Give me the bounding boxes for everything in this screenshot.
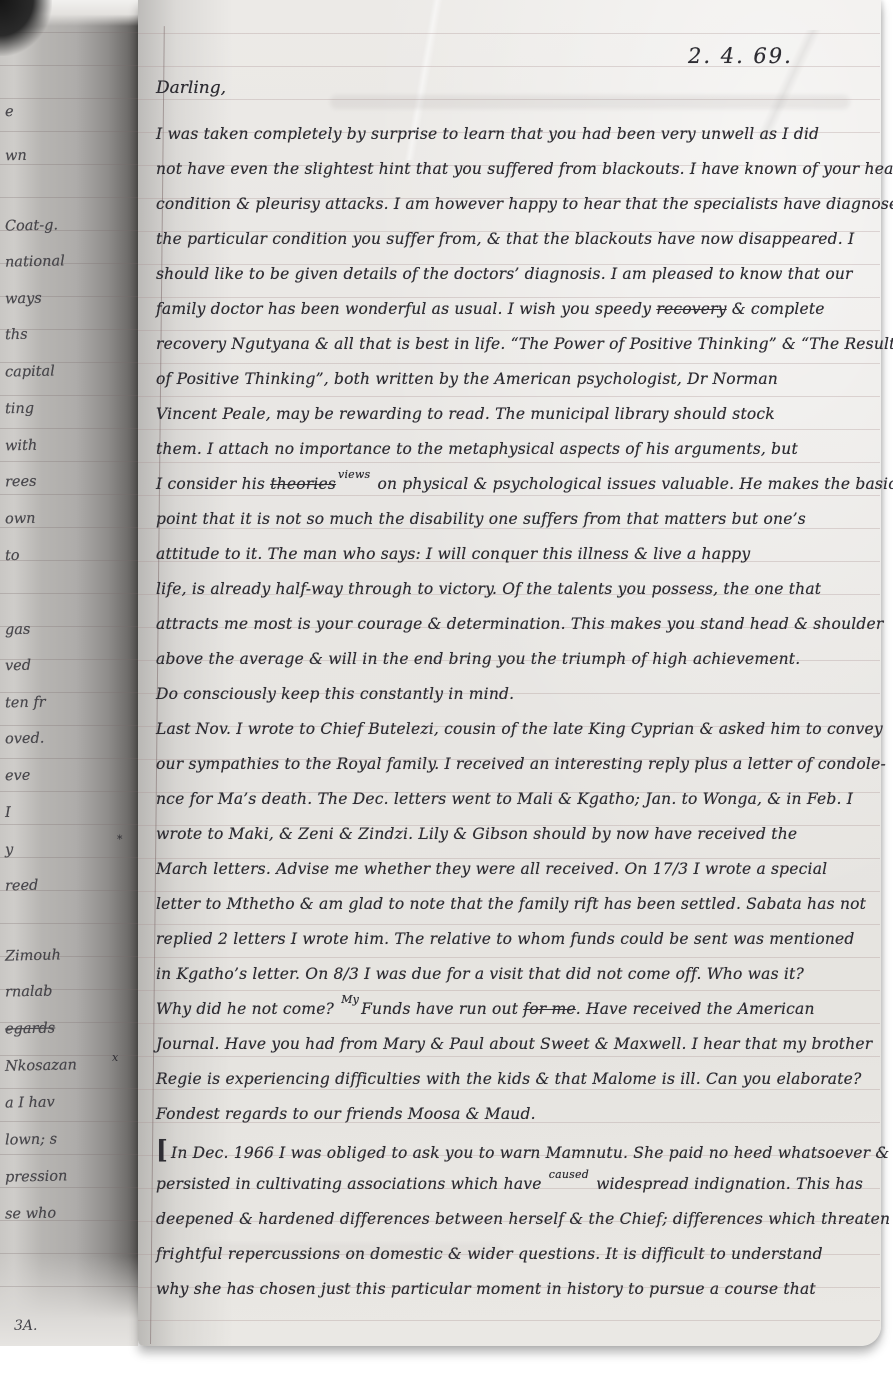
letter-salutation: Darling, <box>156 78 226 98</box>
letter-text: them. I attach no importance to the meta… <box>156 440 798 458</box>
letter-line: Why did he not come? MyFunds have run ou… <box>156 992 878 1027</box>
letter-line: frightful repercussions on domestic & wi… <box>156 1237 878 1272</box>
insertion-mark: * <box>117 833 123 846</box>
margin-fragment: oved. <box>5 731 45 748</box>
letter-line: persisted in cultivating associations wh… <box>156 1167 878 1202</box>
letter-line: family doctor has been wonderful as usua… <box>156 292 878 327</box>
letter-text: the particular condition you suffer from… <box>156 230 854 248</box>
letter-line: I was taken completely by surprise to le… <box>156 117 878 152</box>
letter-line: our sympathies to the Royal family. I re… <box>156 747 878 782</box>
letter-date: 2. 4. 69. <box>688 44 793 68</box>
letter-line: why she has chosen just this particular … <box>156 1272 878 1307</box>
margin-fragment: eve <box>5 768 31 785</box>
inserted-word: My <box>341 982 359 1017</box>
letter-line: condition & pleurisy attacks. I am howev… <box>156 187 878 222</box>
letter-text: March letters. Advise me whether they we… <box>156 860 827 878</box>
letter-line: replied 2 letters I wrote him. The relat… <box>156 922 878 957</box>
letter-line: the particular condition you suffer from… <box>156 222 878 257</box>
letter-text: should like to be given details of the d… <box>156 265 853 283</box>
letter-text: Journal. Have you had from Mary & Paul a… <box>156 1035 872 1053</box>
letter-text: letter to Mthetho & am glad to note that… <box>156 895 866 913</box>
letter-line: recovery Ngutyana & all that is best in … <box>156 327 878 362</box>
letter-line: life, is already half-way through to vic… <box>156 572 878 607</box>
binding-shadow <box>0 0 52 56</box>
margin-fragment: reed <box>5 878 39 895</box>
margin-fragment: with <box>5 438 38 455</box>
margin-fragment: gas <box>5 622 31 639</box>
struck-word: theories <box>270 475 336 493</box>
letter-line: of Positive Thinking”, both written by t… <box>156 362 878 397</box>
letter-text: I was taken completely by surprise to le… <box>156 125 819 143</box>
letter-text: deepened & hardened differences between … <box>156 1210 890 1228</box>
margin-fragment: Zimouh <box>5 947 61 964</box>
margin-fragment: wn <box>5 148 27 164</box>
letter-text: our sympathies to the Royal family. I re… <box>156 755 886 773</box>
margin-fragment: lown; s <box>5 1131 57 1148</box>
letter-text: condition & pleurisy attacks. I am howev… <box>156 195 893 213</box>
margin-fragment: rnalab <box>5 984 53 1001</box>
letter-text: Do consciously keep this constantly in m… <box>156 685 514 703</box>
insertion-mark: x <box>112 1051 118 1064</box>
letter-line: nce for Ma’s death. The Dec. letters wen… <box>156 782 878 817</box>
inserted-word: views <box>338 457 370 492</box>
margin-fragment: ways <box>5 291 42 308</box>
margin-fragment: a I hav <box>5 1094 55 1111</box>
margin-fragment: Coat-g. <box>5 217 58 234</box>
letter-text: Why did he not come? <box>156 1000 339 1018</box>
letter-line: I consider his theoriesviews on physical… <box>156 467 878 502</box>
letter-text: why she has chosen just this particular … <box>156 1280 816 1298</box>
margin-fragment: ting <box>5 401 34 418</box>
letter-text: Fondest regards to our friends Moosa & M… <box>156 1105 536 1123</box>
letter-text: widespread indignation. This has <box>591 1175 863 1193</box>
margin-fragment: national <box>5 253 65 270</box>
margin-fragment: Nkosazan <box>5 1057 77 1075</box>
letter-text: above the average & will in the end brin… <box>156 650 800 668</box>
letter-text: wrote to Maki, & Zeni & Zindzi. Lily & G… <box>156 825 797 843</box>
letter-text: Last Nov. I wrote to Chief Butelezi, cou… <box>156 720 883 738</box>
bracket-mark: [ <box>156 1135 168 1164</box>
letter-text: Vincent Peale, may be rewarding to read.… <box>156 405 775 423</box>
margin-fragment: to <box>5 548 20 564</box>
letter-line: Last Nov. I wrote to Chief Butelezi, cou… <box>156 712 878 747</box>
inserted-word: caused <box>549 1157 589 1192</box>
struck-word: for me <box>523 1000 575 1018</box>
letter-line: deepened & hardened differences between … <box>156 1202 878 1237</box>
letter-line: March letters. Advise me whether they we… <box>156 852 878 887</box>
letter-line: Regie is experiencing difficulties with … <box>156 1062 878 1097</box>
letter-text: replied 2 letters I wrote him. The relat… <box>156 930 855 948</box>
letter-line: Vincent Peale, may be rewarding to read.… <box>156 397 878 432</box>
letter-text: recovery Ngutyana & all that is best in … <box>156 335 893 353</box>
margin-fragment: I <box>5 805 11 821</box>
margin-fragment: egards <box>5 1020 55 1037</box>
page-number-label: 3A. <box>14 1318 37 1334</box>
letter-line: in Kgatho’s letter. On 8/3 I was due for… <box>156 957 878 992</box>
margin-fragment: capital <box>5 363 55 380</box>
letter-text: life, is already half-way through to vic… <box>156 580 821 598</box>
letter-text: on physical & psychological issues valua… <box>372 475 893 493</box>
letter-line: attracts me most is your courage & deter… <box>156 607 878 642</box>
ink-bleedthrough <box>330 95 850 109</box>
letter-text: Funds have run out <box>361 1000 523 1018</box>
letter-line: them. I attach no importance to the meta… <box>156 432 878 467</box>
letter-text: persisted in cultivating associations wh… <box>156 1175 547 1193</box>
letter-text: frightful repercussions on domestic & wi… <box>156 1245 823 1263</box>
margin-fragment: ved <box>5 658 31 675</box>
letter-text: not have even the slightest hint that yo… <box>156 160 893 178</box>
letter-text: . Have received the American <box>576 1000 815 1018</box>
letter-text: attracts me most is your courage & deter… <box>156 615 884 633</box>
letter-text: point that it is not so much the disabil… <box>156 510 806 528</box>
margin-fragment: rees <box>5 474 37 491</box>
margin-fragment: own <box>5 511 36 528</box>
letter-text: nce for Ma’s death. The Dec. letters wen… <box>156 790 853 808</box>
letter-line: Journal. Have you had from Mary & Paul a… <box>156 1027 878 1062</box>
letter-body: I was taken completely by surprise to le… <box>156 117 878 1307</box>
margin-fragment: pression <box>5 1168 68 1185</box>
letter-line: not have even the slightest hint that yo… <box>156 152 878 187</box>
margin-fragment: se who <box>5 1205 56 1222</box>
letter-line: letter to Mthetho & am glad to note that… <box>156 887 878 922</box>
letter-text: I consider his <box>156 475 270 493</box>
letter-line: Do consciously keep this constantly in m… <box>156 677 878 712</box>
letter-line: wrote to Maki, & Zeni & Zindzi. Lily & G… <box>156 817 878 852</box>
letter-text: In Dec. 1966 I was obliged to ask you to… <box>171 1144 889 1162</box>
letter-line: attitude to it. The man who says: I will… <box>156 537 878 572</box>
letter-text: attitude to it. The man who says: I will… <box>156 545 750 563</box>
letter-text: Regie is experiencing difficulties with … <box>156 1070 862 1088</box>
letter-text: in Kgatho’s letter. On 8/3 I was due for… <box>156 965 804 983</box>
letter-text: & complete <box>727 300 825 318</box>
letter-line: Fondest regards to our friends Moosa & M… <box>156 1097 878 1132</box>
letter-line: above the average & will in the end brin… <box>156 642 878 677</box>
letter-line: point that it is not so much the disabil… <box>156 502 878 537</box>
margin-fragment: ten fr <box>5 695 46 712</box>
letter-text: of Positive Thinking”, both written by t… <box>156 370 778 388</box>
letter-text: family doctor has been wonderful as usua… <box>156 300 656 318</box>
margin-fragment: ths <box>5 327 28 343</box>
margin-fragment: y <box>5 842 14 858</box>
scanned-letter-photo: 2. 4. 69. Darling, I was taken completel… <box>0 0 893 1377</box>
letter-line: should like to be given details of the d… <box>156 257 878 292</box>
struck-word: recovery <box>656 300 726 318</box>
letter-line: [In Dec. 1966 I was obliged to ask you t… <box>156 1132 878 1167</box>
margin-fragment: e <box>5 104 14 120</box>
